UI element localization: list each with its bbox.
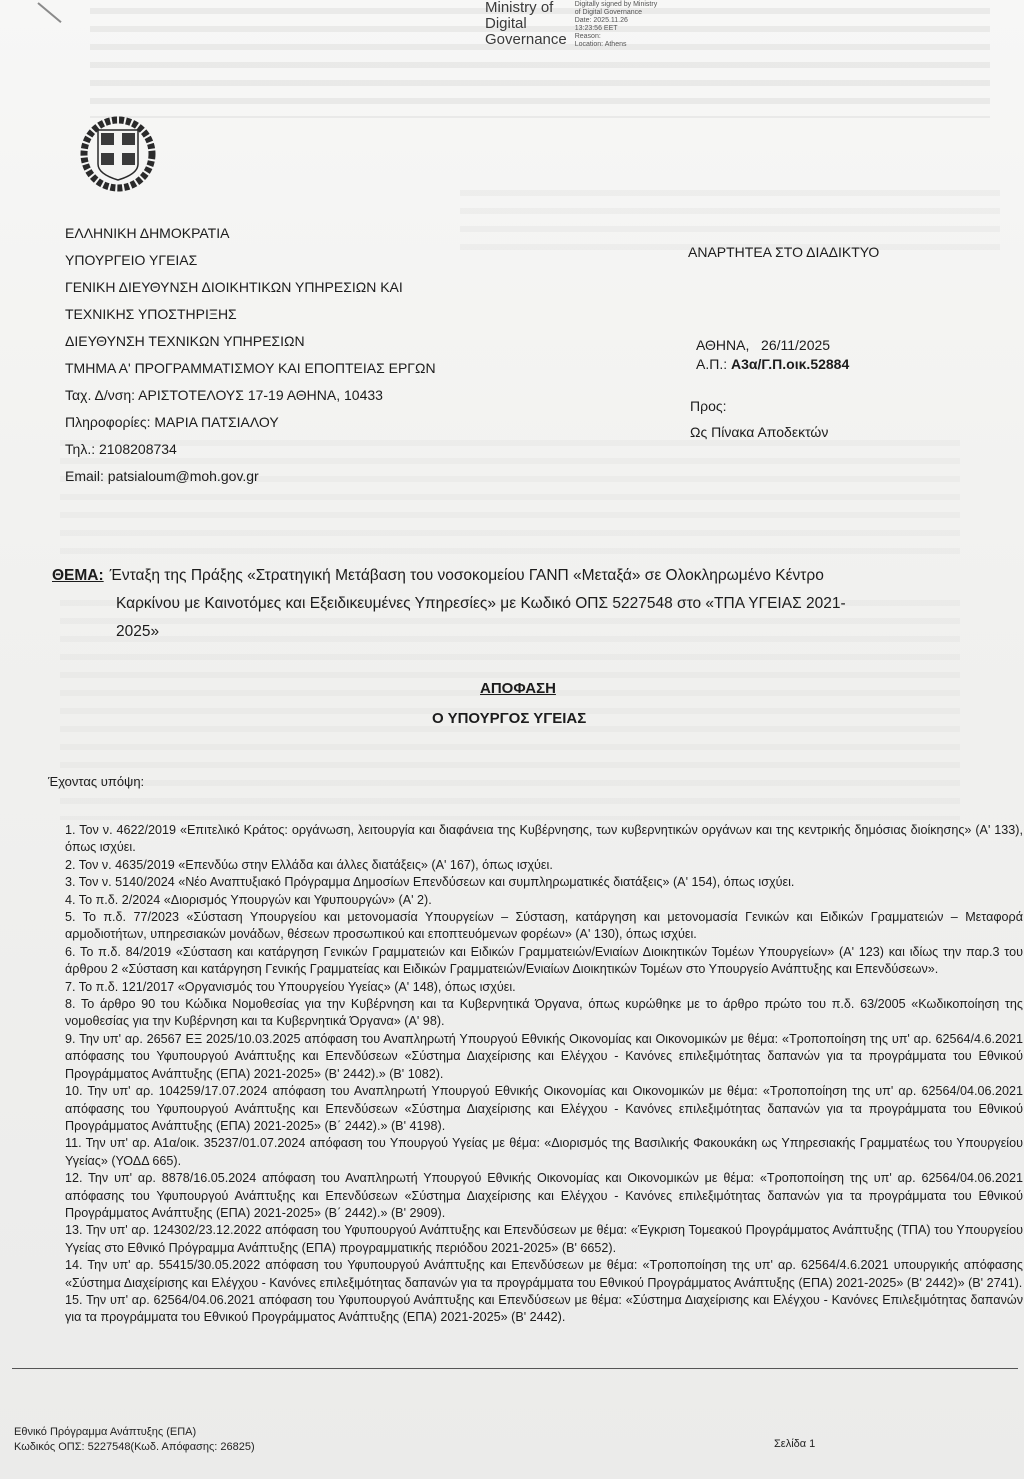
header-line: ΔΙΕΥΘΥΝΣΗ ΤΕΧΝΙΚΩΝ ΥΠΗΡΕΣΙΩΝ [65, 328, 436, 355]
pencil-mark [37, 2, 61, 23]
decision-title: ΑΠΟΦΑΣΗ [480, 680, 556, 697]
reference-item: 14. Την υπ' αρ. 55415/30.05.2022 απόφαση… [65, 1257, 1023, 1292]
issuer-block: ΕΛΛΗΝΙΚΗ ΔΗΜΟΚΡΑΤΙΑ ΥΠΟΥΡΓΕΙΟ ΥΓΕΙΑΣ ΓΕΝ… [65, 220, 436, 490]
reference-item: 4. Το π.δ. 2/2024 «Διορισμός Υπουργών κα… [65, 892, 1023, 909]
subject: ΘΕΜΑ:Ένταξη της Πράξης «Στρατηγική Μετάβ… [52, 562, 1012, 646]
protocol-line: Α.Π.: Α3α/Γ.Π.οικ.52884 [696, 355, 849, 374]
recipients-block: Προς: Ως Πίνακα Αποδεκτών [690, 393, 828, 445]
reference-item: 13. Την υπ' αρ. 124302/23.12.2022 απόφασ… [65, 1222, 1023, 1257]
reference-item: 2. Τον ν. 4635/2019 «Επενδύω στην Ελλάδα… [65, 857, 1023, 874]
reference-item: 9. Την υπ' αρ. 26567 ΕΞ 2025/10.03.2025 … [65, 1031, 1023, 1083]
place-date: ΑΘΗΝΑ, 26/11/2025 [696, 336, 849, 355]
email: Email: patsialoum@moh.gov.gr [65, 463, 436, 490]
header-line: ΤΕΧΝΙΚΗΣ ΥΠΟΣΤΗΡΙΞΗΣ [65, 301, 436, 328]
digital-signature-stamp: Ministry of Digital Governance Digitally… [485, 0, 657, 49]
header-line: ΤΜΗΜΑ Α' ΠΡΟΓΡΑΜΜΑΤΙΣΜΟΥ ΚΑΙ ΕΠΟΠΤΕΙΑΣ Ε… [65, 355, 436, 382]
footer-program-info: Εθνικό Πρόγραμμα Ανάπτυξης (ΕΠΑ) Κωδικός… [14, 1425, 255, 1455]
reference-item: 7. Το π.δ. 121/2017 «Οργανισμός του Υπου… [65, 979, 1023, 996]
signature-org: Ministry of Digital Governance [485, 0, 567, 49]
reference-item: 12. Την υπ' αρ. 8878/16.05.2024 απόφαση … [65, 1170, 1023, 1222]
reference-item: 8. Το άρθρο 90 του Κώδικα Νομοθεσίας για… [65, 996, 1023, 1031]
date-protocol-block: ΑΘΗΝΑ, 26/11/2025 Α.Π.: Α3α/Γ.Π.οικ.5288… [696, 336, 849, 374]
having-regard-label: Έχοντας υπόψη: [48, 774, 144, 789]
protocol-number: Α3α/Γ.Π.οικ.52884 [731, 356, 849, 372]
posting-note: ΑΝΑΡΤΗΤΕΑ ΣΤΟ ΔΙΑΔΙΚΤΥΟ [688, 244, 879, 260]
page-number: Σελίδα 1 [774, 1438, 815, 1450]
signature-meta: Digitally signed by Ministry of Digital … [575, 0, 657, 49]
reference-item: 3. Τον ν. 5140/2024 «Νέο Αναπτυξιακό Πρό… [65, 874, 1023, 891]
bleed-through-text [460, 190, 1000, 250]
footer-divider [12, 1368, 1018, 1369]
subject-label: ΘΕΜΑ: [52, 567, 104, 584]
decision-issuer: Ο ΥΠΟΥΡΓΟΣ ΥΓΕΙΑΣ [432, 710, 586, 727]
header-line: ΕΛΛΗΝΙΚΗ ΔΗΜΟΚΡΑΤΙΑ [65, 220, 436, 247]
header-line: ΥΠΟΥΡΓΕΙΟ ΥΓΕΙΑΣ [65, 247, 436, 274]
phone: Τηλ.: 2108208734 [65, 436, 436, 463]
reference-item: 15. Την υπ' αρ. 62564/04.06.2021 απόφαση… [65, 1292, 1023, 1327]
greek-coat-of-arms-icon [78, 112, 158, 192]
reference-item: 5. Το π.δ. 77/2023 «Σύσταση Υπουργείου κ… [65, 909, 1023, 944]
reference-item: 10. Την υπ' αρ. 104259/17.07.2024 απόφασ… [65, 1083, 1023, 1135]
header-line: ΓΕΝΙΚΗ ΔΙΕΥΘΥΝΣΗ ΔΙΟΙΚΗΤΙΚΩΝ ΥΠΗΡΕΣΙΩΝ Κ… [65, 274, 436, 301]
document-page: Ministry of Digital Governance Digitally… [0, 0, 1024, 1479]
address: Ταχ. Δ/νση: ΑΡΙΣΤΟΤΕΛΟΥΣ 17-19 ΑΘΗΝΑ, 10… [65, 382, 436, 409]
reference-item: 1. Τον ν. 4622/2019 «Επιτελικό Κράτος: ο… [65, 822, 1023, 857]
contact-person: Πληροφορίες: ΜΑΡΙΑ ΠΑΤΣΙΑΛΟΥ [65, 409, 436, 436]
references-list: 1. Τον ν. 4622/2019 «Επιτελικό Κράτος: ο… [65, 822, 1023, 1327]
reference-item: 6. Το π.δ. 84/2019 «Σύσταση και κατάργησ… [65, 944, 1023, 979]
reference-item: 11. Την υπ' αρ. Α1α/οικ. 35237/01.07.202… [65, 1135, 1023, 1170]
